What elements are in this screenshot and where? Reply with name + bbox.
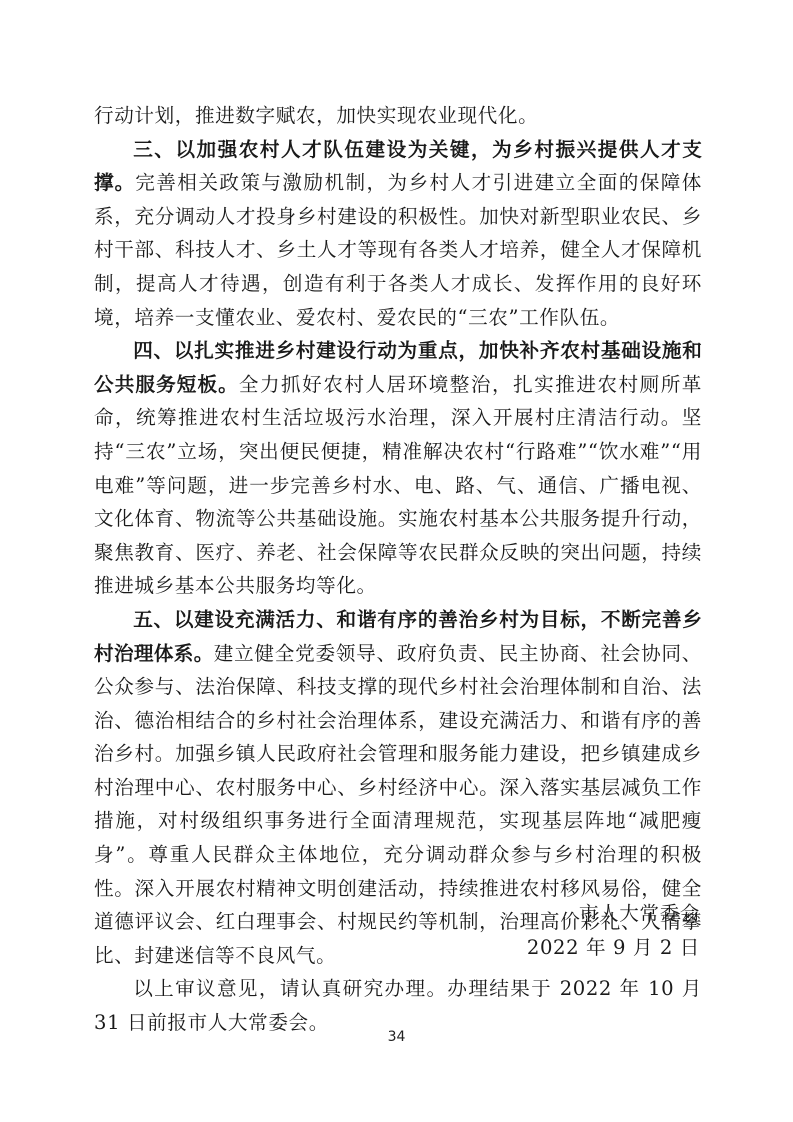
paragraph-text: 以上审议意见，请认真研究办理。办理结果于 2022 年 10 月 31 日前报市…: [94, 977, 702, 1034]
paragraph-text: 完善相关政策与激励机制，为乡村人才引进建立全面的保障体系，充分调动人才投身乡村建…: [94, 171, 702, 328]
page-number: 34: [0, 1029, 793, 1045]
paragraph-section-three: 三、以加强农村人才队伍建设为关键，为乡村振兴提供人才支撑。完善相关政策与激励机制…: [94, 133, 702, 335]
paragraph-text: 行动计划，推进数字赋农，加快实现农业现代化。: [94, 104, 538, 127]
paragraph-section-four: 四、以扎实推进乡村建设行动为重点，加快补齐农村基础设施和公共服务短板。全力抓好农…: [94, 334, 702, 603]
document-page: 行动计划，推进数字赋农，加快实现农业现代化。 三、以加强农村人才队伍建设为关键，…: [0, 0, 793, 1122]
paragraph-continuation: 行动计划，推进数字赋农，加快实现农业现代化。: [94, 99, 702, 133]
signature-organization: 市人大常委会: [579, 897, 700, 931]
paragraph-text: 全力抓好农村人居环境整治，扎实推进农村厕所革命，统筹推进农村生活垃圾污水治理，深…: [94, 373, 702, 598]
signature-date: 2022 年 9 月 2 日: [527, 931, 700, 965]
